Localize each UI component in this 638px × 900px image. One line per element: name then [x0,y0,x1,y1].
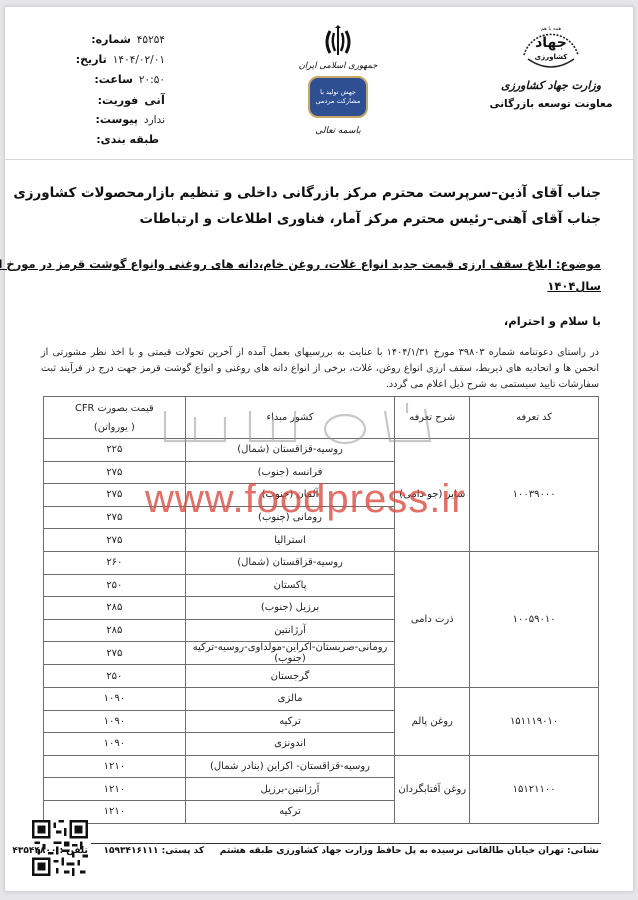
tariff-description-cell: ذرت دامی [395,551,470,687]
addressee-1: جناب آقای آذین–سرپرست محترم مرکز بازرگان… [13,185,601,201]
origin-country-cell: ترکیه [185,710,395,733]
tariff-description-cell: روغن پالم [395,687,470,755]
table-row: ۱۰۰۵۹۰۱۰ذرت دامیروسیه-قزاقستان (شمال)۲۶۰ [44,551,599,574]
price-cell: ۲۵۰ [44,574,186,597]
iran-emblem-icon [321,25,355,59]
subject-line-1: موضوع: ابلاغ سقف ارزی قیمت جدید انواع غل… [0,257,601,271]
origin-country-cell: فرانسه (جنوب) [185,461,395,484]
tariff-code-cell: ۱۵۱۱۱۹۰۱۰ [470,687,599,755]
meta-number: شماره: ۴۵۲۵۴ [91,33,165,46]
origin-country-cell: گرجستان [185,665,395,688]
origin-country-cell: ترکیه [185,800,395,823]
ministry-logo: همه با هم جهاد کشاورزی وزارت جهاد کشاورز… [481,15,621,110]
header-description: شرح تعرفه [395,397,470,439]
meta-date: تاریخ: ۱۴۰۴/۰۲/۰۱ [76,53,165,66]
iran-emblem-block: جمهوری اسلامی ایران جهش تولید با مشارکت … [285,25,391,136]
tariff-description-cell: سایر (جو دامی) [395,439,470,552]
origin-country-cell: آلمان (جنوب) [185,484,395,507]
origin-country-cell: مالزی [185,687,395,710]
price-cell: ۲۷۵ [44,642,186,665]
origin-country-cell: پاکستان [185,574,395,597]
svg-text:کشاورزی: کشاورزی [535,53,569,61]
letter-meta: شماره: ۴۵۲۵۴ تاریخ: ۱۴۰۴/۰۲/۰۱ ساعت: ۲۰:… [45,33,165,143]
origin-country-cell: اندونزی [185,733,395,756]
price-cell: ۲۲۵ [44,439,186,462]
price-cell: ۲۶۰ [44,551,186,574]
tariff-code-cell: ۱۰۰۳۹۰۰۰ [470,439,599,552]
production-leap-badge: جهش تولید با مشارکت مردمی [308,76,368,118]
origin-country-cell: روسیه-قزاقستان (شمال) [185,439,395,462]
tariff-code-cell: ۱۰۰۵۹۰۱۰ [470,551,599,687]
price-cell: ۲۸۵ [44,619,186,642]
origin-country-cell: روسیه-قزاقستان- اکراین (بنادر شمال) [185,755,395,778]
table-row: ۱۵۱۲۱۱۰۰روغن آفتابگردانروسیه-قزاقستان- ا… [44,755,599,778]
table-row: ۱۰۰۳۹۰۰۰سایر (جو دامی)روسیه-قزاقستان (شم… [44,439,599,462]
addressee-2: جناب آقای آهنی–رئیس محترم مرکز آمار، فنا… [140,211,601,227]
price-cell: ۲۷۵ [44,461,186,484]
origin-country-cell: رومانی (جنوب) [185,506,395,529]
origin-country-cell: استرالیا [185,529,395,552]
tariff-code-cell: ۱۵۱۲۱۱۰۰ [470,755,599,823]
origin-country-cell: آرژانتین [185,619,395,642]
tariff-description-cell: روغن آفتابگردان [395,755,470,823]
greeting: با سلام و احترام، [504,314,601,328]
price-cell: ۲۷۵ [44,506,186,529]
body-paragraph: در راستای دعوتنامه شماره ۳۹۸۰۳ مورخ ۱۴۰۴… [41,345,599,393]
header-code: کد تعرفه [470,397,599,439]
invocation: باسمه تعالی [285,126,391,136]
price-cell: ۲۷۵ [44,529,186,552]
table-row: ۱۵۱۱۱۹۰۱۰روغن پالممالزی۱۰۹۰ [44,687,599,710]
header-divider [5,159,633,160]
letter-page: همه با هم جهاد کشاورزی وزارت جهاد کشاورز… [4,6,634,892]
price-cell: ۱۰۹۰ [44,710,186,733]
table-body: ۱۰۰۳۹۰۰۰سایر (جو دامی)روسیه-قزاقستان (شم… [44,439,599,824]
department-name: معاونت توسعه بازرگانی [481,98,621,110]
table-header-row: کد تعرفه شرح تعرفه کشور مبداء قیمت بصورت… [44,397,599,439]
price-cell: ۲۷۵ [44,484,186,507]
price-cell: ۲۵۰ [44,665,186,688]
emblem-caption: جمهوری اسلامی ایران [285,61,391,71]
footer-divider [91,843,601,844]
svg-text:جهاد: جهاد [535,35,567,51]
ministry-name: وزارت جهاد کشاورزی [481,79,621,92]
meta-classification: طبقه بندی: [96,133,165,146]
svg-text:همه با هم: همه با هم [541,26,562,32]
price-cell: ۲۸۵ [44,597,186,620]
jahad-keshavarzi-logo-icon: همه با هم جهاد کشاورزی [516,15,586,75]
header-price: قیمت بصورت CFR ( یورواتن) [44,397,186,439]
footer-address: نشانی: تهران خیابان طالقانی نرسیده به پل… [12,846,599,856]
price-cell: ۱۲۱۰ [44,755,186,778]
meta-attachment: پیوست: ندارد [96,113,166,126]
price-cell: ۱۲۱۰ [44,778,186,801]
subject-line-2: سال۱۴۰۴ [547,279,601,293]
header-country: کشور مبداء [185,397,395,439]
meta-time: ساعت: ۲۰:۵۰ [94,73,165,86]
origin-country-cell: رومانی-صربستان-اکراین-مولداوی-روسیه-ترکی… [185,642,395,665]
meta-priority: فوریت: آنی [98,93,165,107]
price-cell: ۱۰۹۰ [44,687,186,710]
price-cell: ۱۰۹۰ [44,733,186,756]
origin-country-cell: روسیه-قزاقستان (شمال) [185,551,395,574]
tariff-price-table: کد تعرفه شرح تعرفه کشور مبداء قیمت بصورت… [43,396,599,824]
origin-country-cell: آرژانتین-برزیل [185,778,395,801]
origin-country-cell: برزیل (جنوب) [185,597,395,620]
